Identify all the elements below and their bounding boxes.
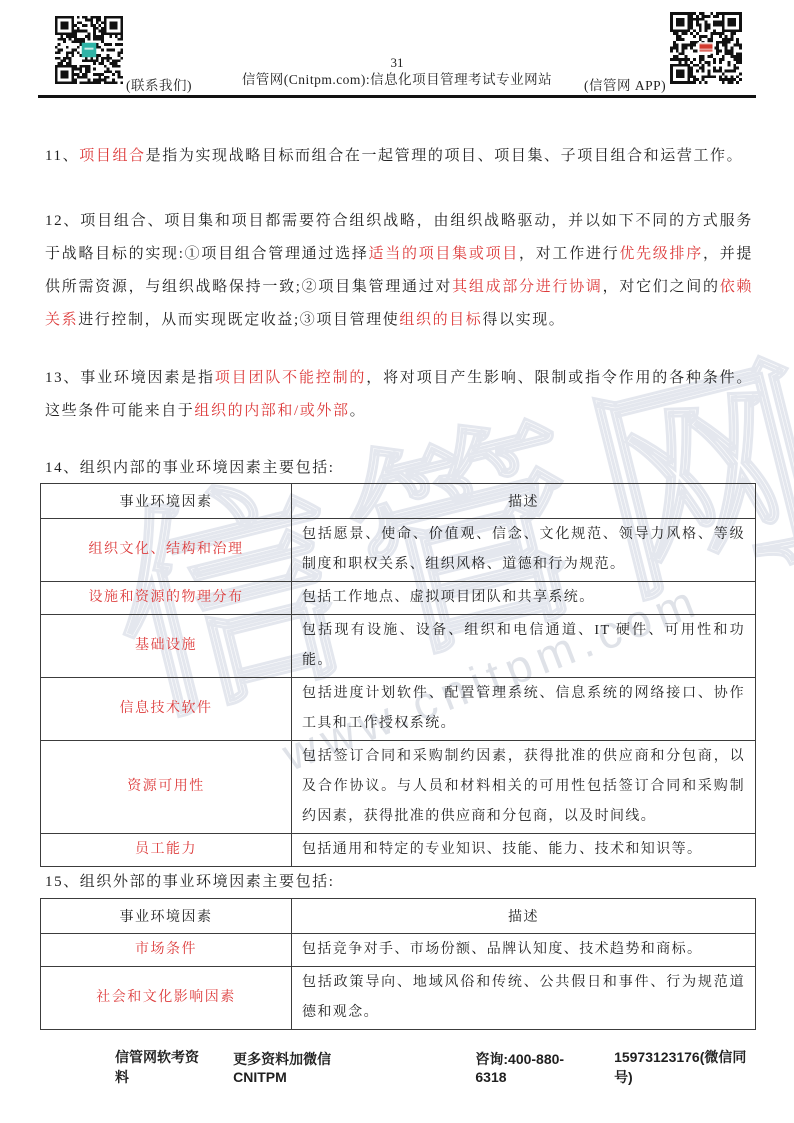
red-highlight: 组织的目标 — [399, 312, 482, 328]
footer-wechat-promo: 更多资料加微信 CNITPM — [233, 1049, 379, 1085]
table-row: 信息技术软件 包括进度计划软件、配置管理系统、信息系统的网络接口、协作工具和工作… — [41, 678, 756, 741]
desc-cell: 包括政策导向、地域风俗和传统、公共假日和事件、行为规范道德和观念。 — [292, 967, 756, 1030]
factor-cell: 市场条件 — [41, 934, 292, 967]
item-14: 14、组织内部的事业环境因素主要包括: — [45, 452, 753, 485]
external-eef-table: 事业环境因素 描述 市场条件 包括竞争对手、市场份额、品牌认知度、技术趋势和商标… — [40, 898, 756, 1030]
page-footer: 信管网软考资料 更多资料加微信 CNITPM 咨询:400-880-6318 1… — [40, 1047, 756, 1087]
factor-cell: 组织文化、结构和治理 — [41, 519, 292, 582]
factor-cell: 设施和资源的物理分布 — [41, 582, 292, 615]
table-row: 设施和资源的物理分布 包括工作地点、虚拟项目团队和共享系统。 — [41, 582, 756, 615]
column-header-desc: 描述 — [292, 899, 756, 934]
site-title: 信管网(Cnitpm.com):信息化项目管理考试专业网站 — [197, 70, 597, 89]
column-header-factor: 事业环境因素 — [41, 899, 292, 934]
red-highlight: 其组成部分进行协调 — [452, 279, 602, 295]
factor-cell: 资源可用性 — [41, 741, 292, 834]
red-highlight: 优先级排序 — [619, 246, 703, 262]
item-13: 13、事业环境因素是指项目团队不能控制的，将对项目产生影响、限制或指令作用的各种… — [45, 362, 753, 428]
footer-brand-text: 信管网软考资料 — [115, 1047, 207, 1087]
desc-cell: 包括愿景、使命、价值观、信念、文化规范、领导力风格、等级制度和职权关系、组织风格… — [292, 519, 756, 582]
page-number: 31 — [197, 55, 597, 70]
header-center: 31 信管网(Cnitpm.com):信息化项目管理考试专业网站 — [197, 55, 597, 89]
contact-qr-label: (联系我们) — [126, 74, 192, 94]
table-row: 资源可用性 包括签订合同和采购制约因素，获得批准的供应商和分包商，以及合作协议。… — [41, 741, 756, 834]
factor-cell: 信息技术软件 — [41, 678, 292, 741]
item-12: 12、项目组合、项目集和项目都需要符合组织战略，由组织战略驱动，并以如下不同的方… — [45, 205, 753, 337]
qr-code-contact — [55, 16, 123, 84]
desc-cell: 包括签订合同和采购制约因素，获得批准的供应商和分包商，以及合作协议。与人员和材料… — [292, 741, 756, 834]
internal-eef-table: 事业环境因素 描述 组织文化、结构和治理 包括愿景、使命、价值观、信念、文化规范… — [40, 483, 756, 867]
app-qr-label: (信管网 APP) — [584, 74, 666, 94]
header-divider — [38, 95, 756, 98]
desc-cell: 包括工作地点、虚拟项目团队和共享系统。 — [292, 582, 756, 615]
red-highlight: 项目组合 — [79, 148, 145, 164]
red-highlight: 组织的内部和/或外部 — [194, 403, 349, 419]
factor-cell: 员工能力 — [41, 834, 292, 867]
qr-code-app — [670, 12, 742, 84]
table-row: 市场条件 包括竞争对手、市场份额、品牌认知度、技术趋势和商标。 — [41, 934, 756, 967]
footer-phone: 咨询:400-880-6318 — [475, 1049, 588, 1085]
item-15: 15、组织外部的事业环境因素主要包括: — [45, 866, 753, 899]
factor-cell: 基础设施 — [41, 615, 292, 678]
factor-cell: 社会和文化影响因素 — [41, 967, 292, 1030]
table-row: 组织文化、结构和治理 包括愿景、使命、价值观、信念、文化规范、领导力风格、等级制… — [41, 519, 756, 582]
table-row: 社会和文化影响因素 包括政策导向、地域风俗和传统、公共假日和事件、行为规范道德和… — [41, 967, 756, 1030]
document-page: 信管网 www.cnitpm.com (联系我们) 31 信管网(Cnitpm.… — [0, 0, 794, 1123]
item-11: 11、项目组合是指为实现战略目标而组合在一起管理的项目、项目集、子项目组合和运营… — [45, 140, 753, 173]
footer-wechat-number: 15973123176(微信同号) — [614, 1047, 756, 1087]
desc-cell: 包括通用和特定的专业知识、技能、能力、技术和知识等。 — [292, 834, 756, 867]
column-header-factor: 事业环境因素 — [41, 484, 292, 519]
column-header-desc: 描述 — [292, 484, 756, 519]
table-header-row: 事业环境因素 描述 — [41, 899, 756, 934]
table-row: 基础设施 包括现有设施、设备、组织和电信通道、IT 硬件、可用性和功能。 — [41, 615, 756, 678]
red-highlight: 适当的项目集或项目 — [369, 246, 519, 262]
table-header-row: 事业环境因素 描述 — [41, 484, 756, 519]
desc-cell: 包括竞争对手、市场份额、品牌认知度、技术趋势和商标。 — [292, 934, 756, 967]
red-highlight: 项目团队不能控制的 — [215, 370, 366, 386]
desc-cell: 包括现有设施、设备、组织和电信通道、IT 硬件、可用性和功能。 — [292, 615, 756, 678]
table-row: 员工能力 包括通用和特定的专业知识、技能、能力、技术和知识等。 — [41, 834, 756, 867]
desc-cell: 包括进度计划软件、配置管理系统、信息系统的网络接口、协作工具和工作授权系统。 — [292, 678, 756, 741]
